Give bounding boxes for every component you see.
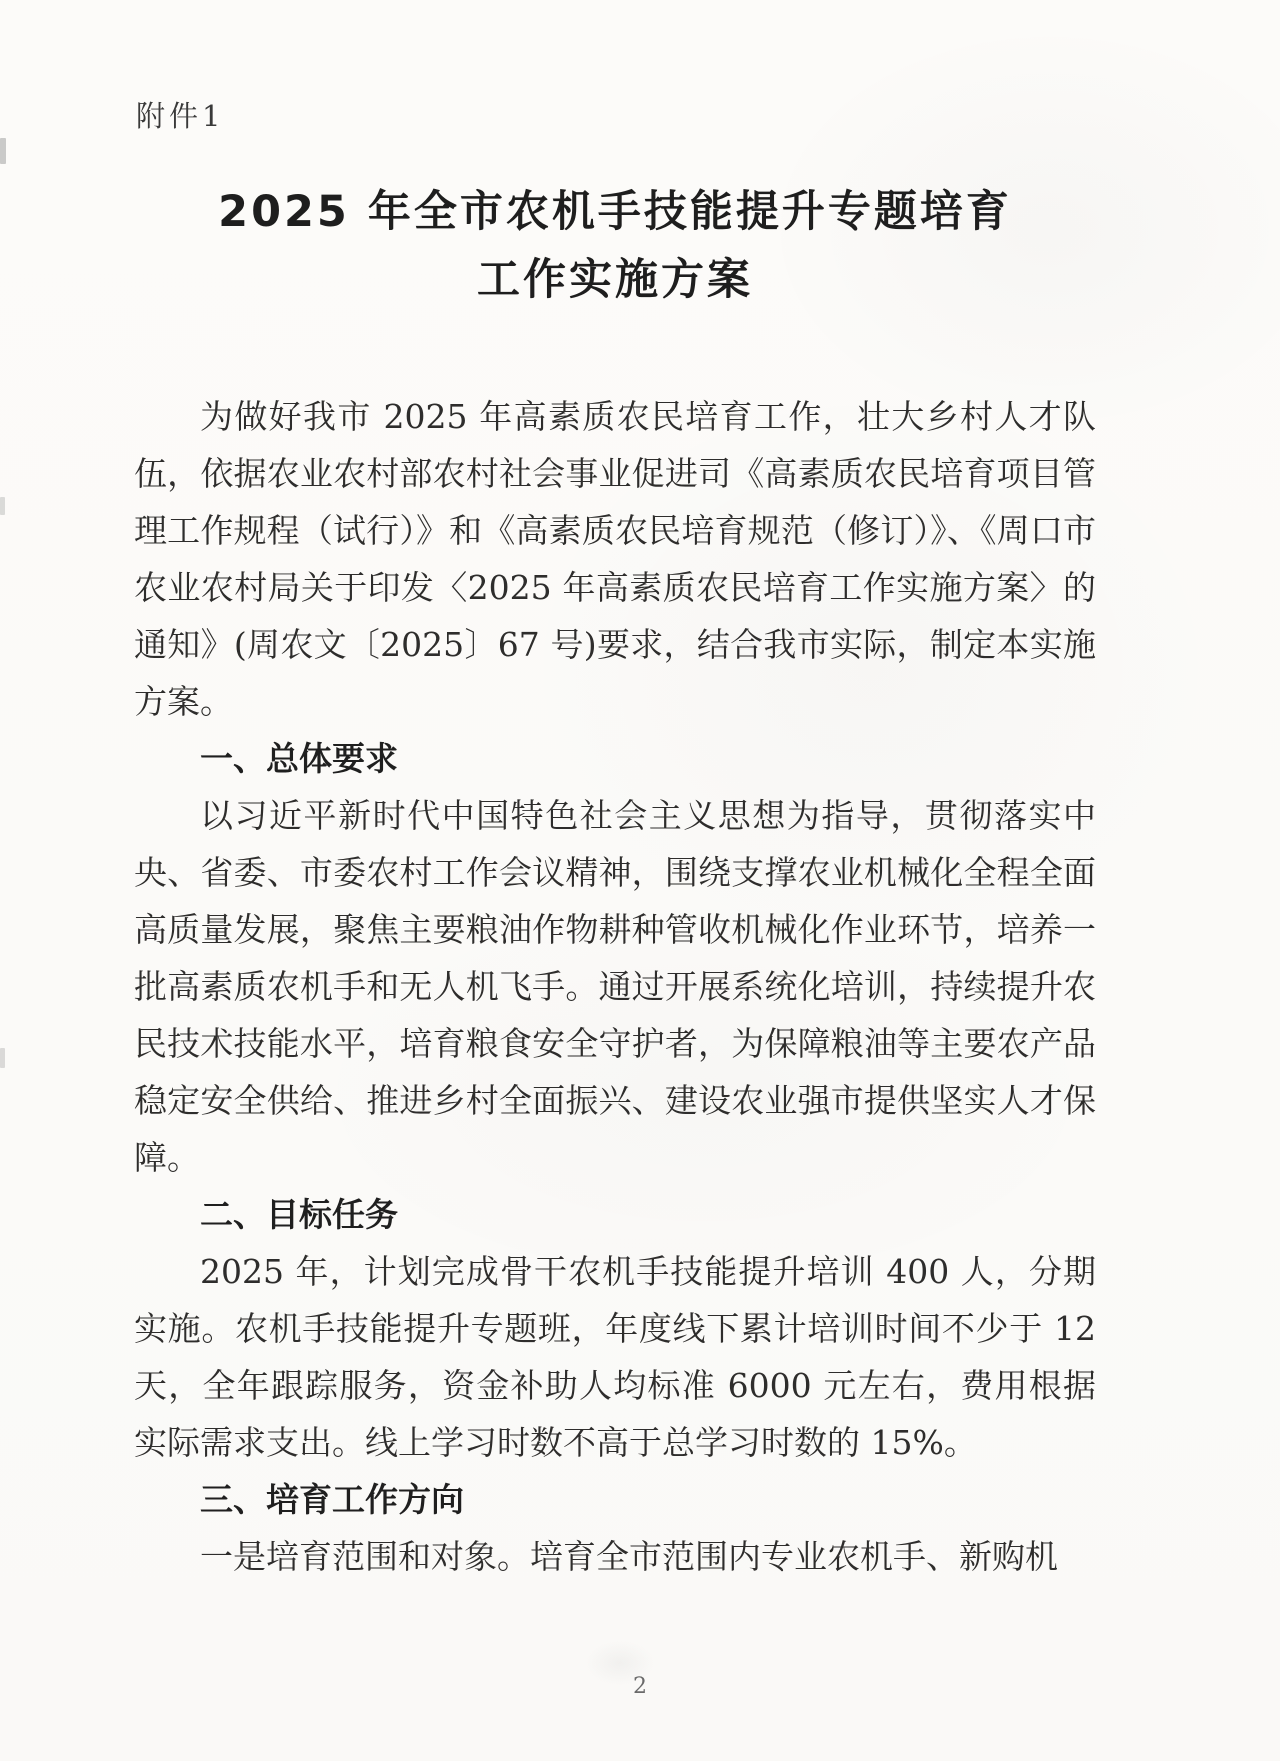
- document-title-line1: 2025 年全市农机手技能提升专题培育: [110, 178, 1120, 246]
- section-1-paragraph: 以习近平新时代中国特色社会主义思想为指导，贯彻落实中央、省委、市委农村工作会议精…: [134, 787, 1096, 1186]
- section-3-paragraph: 一是培育范围和对象。培育全市范围内专业农机手、新购机: [134, 1528, 1096, 1585]
- section-heading-2: 二、目标任务: [134, 1186, 1096, 1243]
- scanned-document-page: 附件1 2025 年全市农机手技能提升专题培育 工作实施方案 为做好我市 202…: [0, 0, 1280, 1761]
- scan-edge-artifact: [0, 138, 6, 164]
- document-body: 为做好我市 2025 年高素质农民培育工作，壮大乡村人才队伍，依据农业农村部农村…: [134, 388, 1096, 1585]
- intro-paragraph: 为做好我市 2025 年高素质农民培育工作，壮大乡村人才队伍，依据农业农村部农村…: [134, 388, 1096, 730]
- section-heading-3: 三、培育工作方向: [134, 1471, 1096, 1528]
- attachment-label: 附件1: [136, 94, 224, 135]
- document-title: 2025 年全市农机手技能提升专题培育 工作实施方案: [110, 178, 1120, 314]
- section-2-paragraph: 2025 年，计划完成骨干农机手技能提升培训 400 人，分期实施。农机手技能提…: [134, 1243, 1096, 1471]
- page-number: 2: [0, 1674, 1280, 1699]
- document-title-line2: 工作实施方案: [110, 246, 1120, 314]
- scan-edge-artifact: [0, 1048, 5, 1068]
- section-heading-1: 一、总体要求: [134, 730, 1096, 787]
- scan-edge-artifact: [0, 497, 5, 515]
